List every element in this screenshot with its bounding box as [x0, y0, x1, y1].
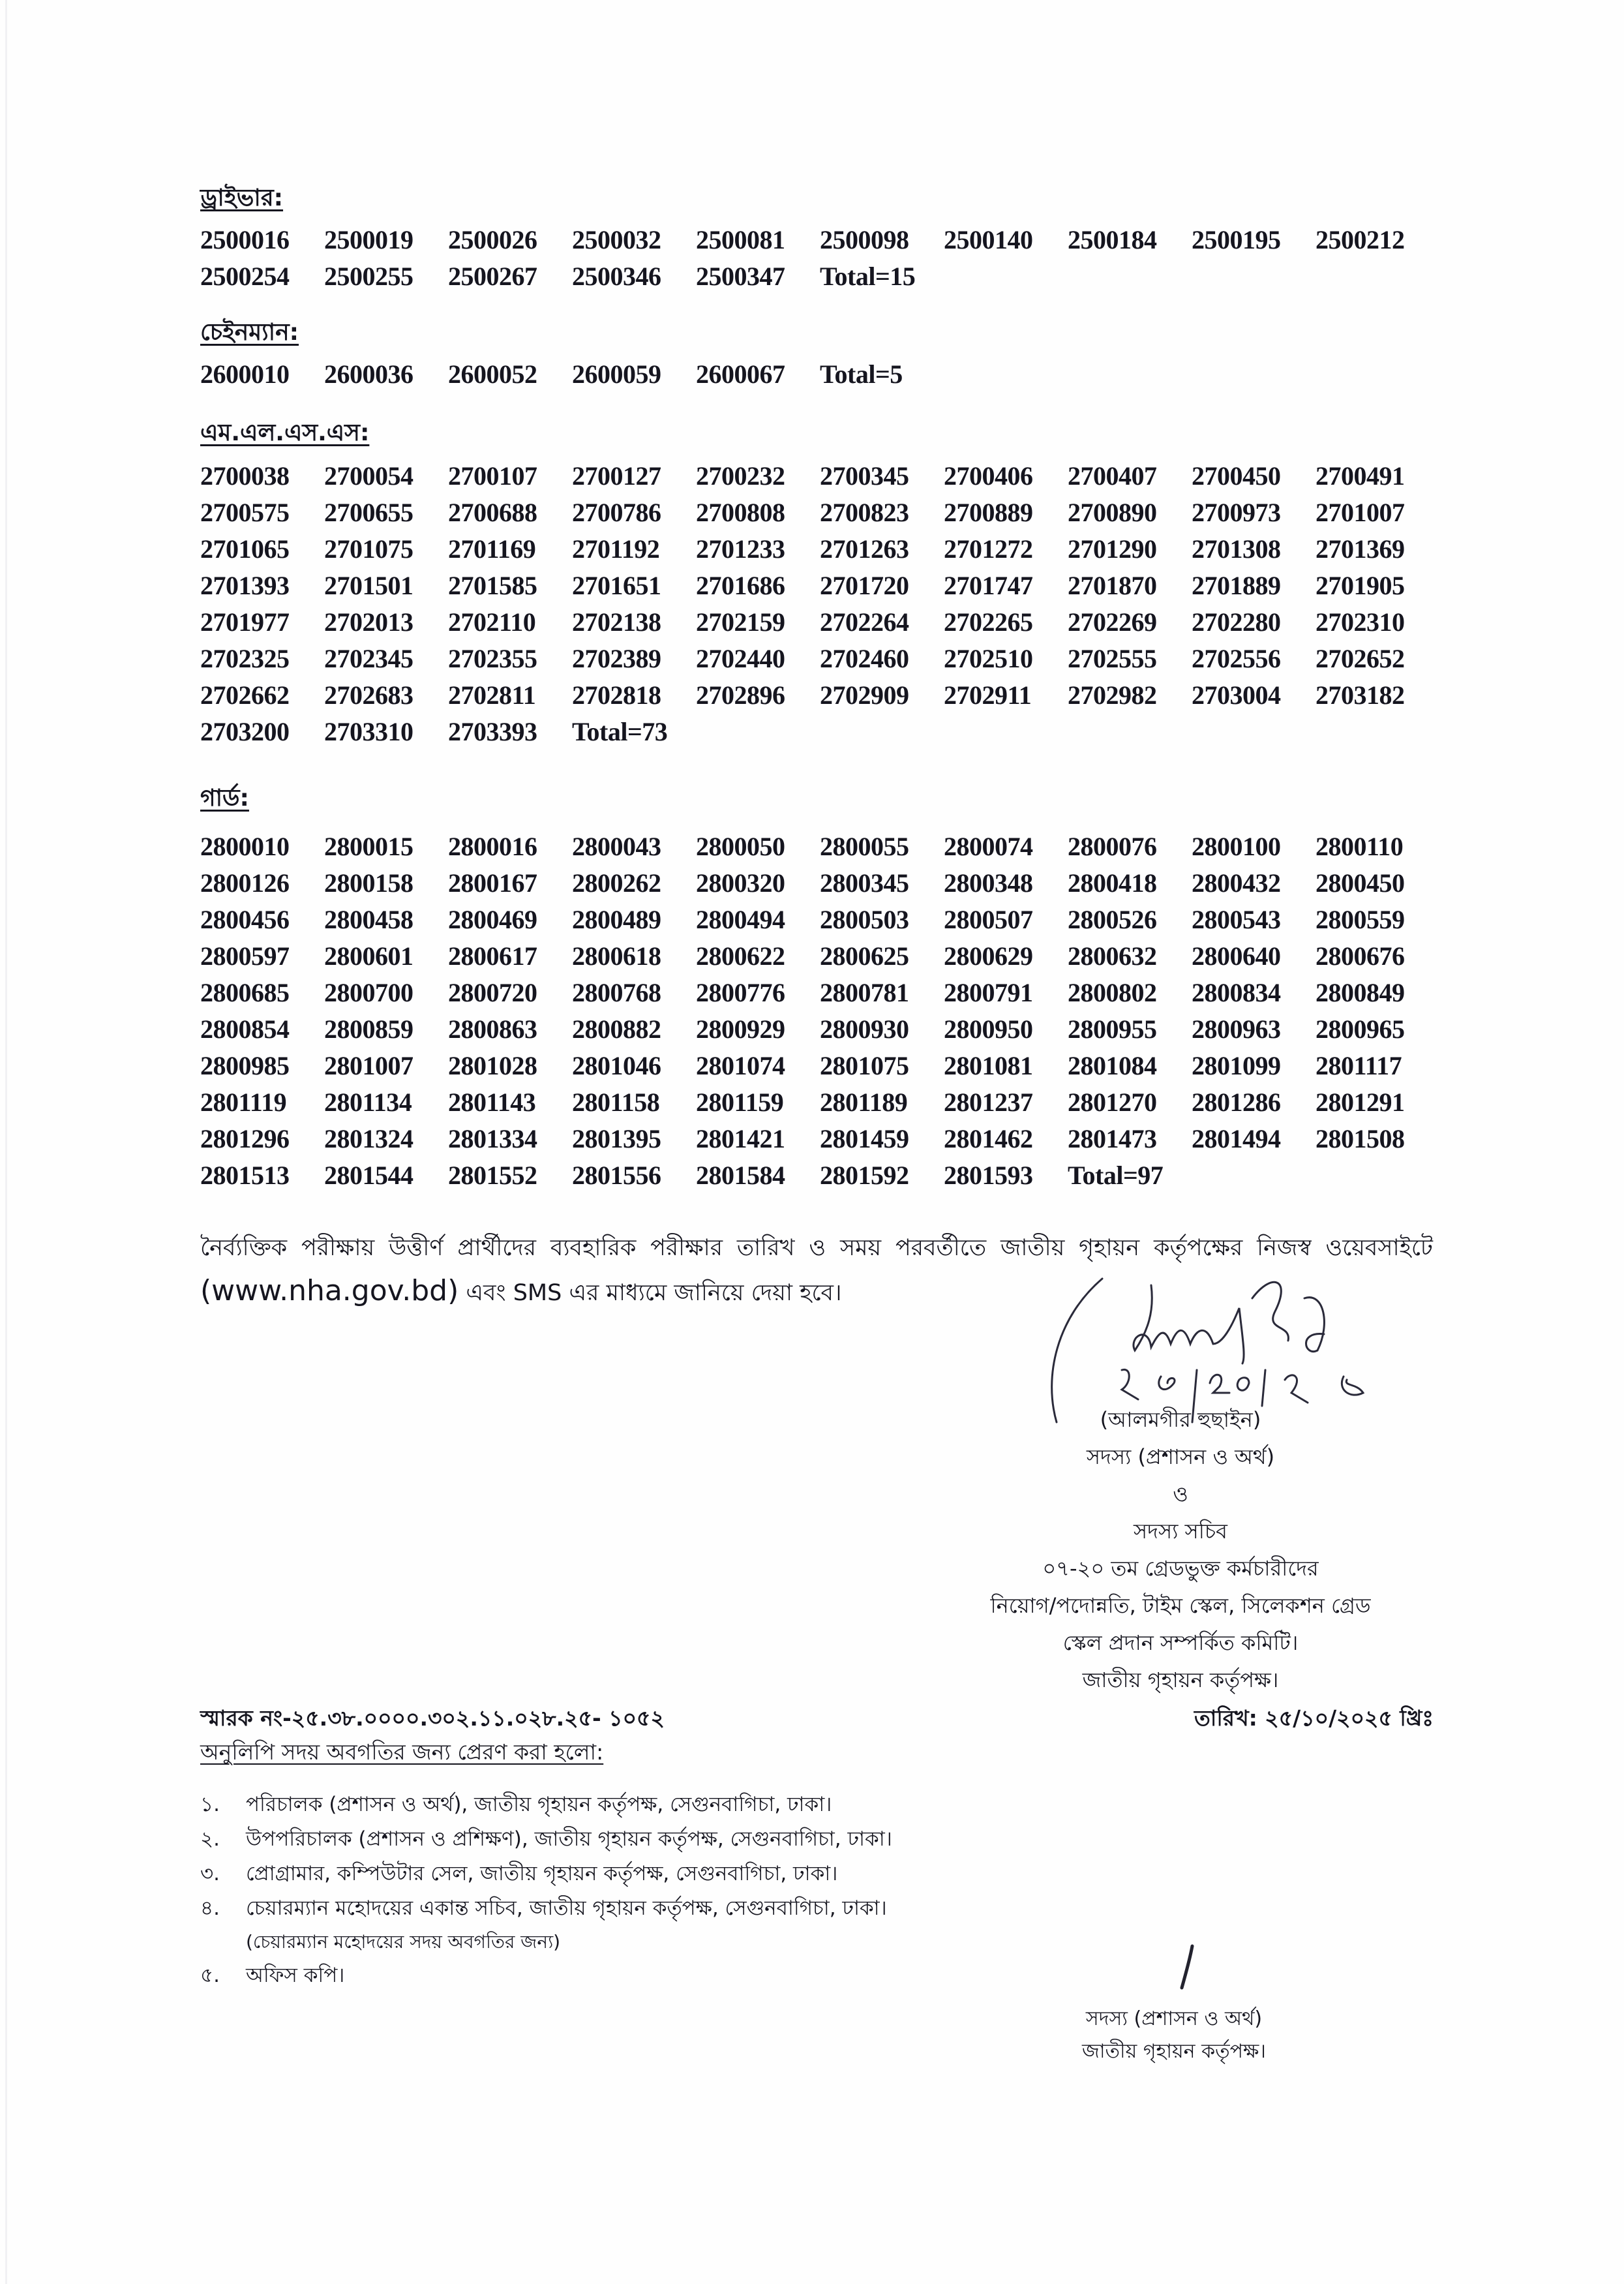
- roll-number: 2701585: [448, 568, 572, 604]
- roll-number: 2800791: [944, 975, 1068, 1011]
- roll-number: 2800055: [820, 829, 944, 865]
- roll-number: 2800685: [200, 975, 324, 1011]
- copy-to-item-number: ৩.: [200, 1857, 246, 1891]
- roll-number: 2801296: [200, 1121, 324, 1157]
- roll-number: 2600067: [696, 356, 820, 393]
- roll-number: 2700786: [572, 495, 696, 531]
- roll-grid-mlss: 2700038270005427001072700127270023227003…: [200, 458, 1439, 750]
- roll-number: 2800781: [820, 975, 944, 1011]
- signatory-line: সদস্য সচিব: [926, 1513, 1435, 1550]
- roll-number: 2801159: [696, 1084, 820, 1121]
- section-title-chainman: চেইনম্যান:: [200, 318, 299, 347]
- roll-number: 2701501: [324, 568, 448, 604]
- roll-number: 2800126: [200, 865, 324, 902]
- roll-number: 2500098: [820, 222, 944, 258]
- copy-to-item: ৫.অফিস কপি।: [200, 1958, 1048, 1993]
- copy-to-item-number: ৫.: [200, 1958, 246, 1993]
- roll-number: 2500347: [696, 258, 820, 295]
- roll-number: 2701720: [820, 568, 944, 604]
- section-total: Total=73: [572, 714, 696, 750]
- roll-number: 2702818: [572, 677, 696, 714]
- roll-number: 2800882: [572, 1011, 696, 1048]
- roll-number: 2701075: [324, 531, 448, 568]
- roll-number: 2800074: [944, 829, 1068, 865]
- roll-number: 2800965: [1316, 1011, 1439, 1048]
- roll-number: 2800489: [572, 902, 696, 938]
- roll-number: 2700688: [448, 495, 572, 531]
- roll-number: 2500346: [572, 258, 696, 295]
- roll-number: 2500032: [572, 222, 696, 258]
- roll-number: 2800597: [200, 938, 324, 975]
- copy-to-item: ৪.চেয়ারম্যান মহোদয়ের একান্ত সচিব, জাতী…: [200, 1891, 1048, 1958]
- document-page: ড্রাইভার: 250001625000192500026250003225…: [0, 0, 1624, 2284]
- roll-number: 2500254: [200, 258, 324, 295]
- roll-number: 2800494: [696, 902, 820, 938]
- roll-number: 2800559: [1316, 902, 1439, 938]
- roll-number: 2800100: [1192, 829, 1316, 865]
- roll-number: 2801119: [200, 1084, 324, 1121]
- signatory-name: (আলমগীর হুছাইন): [926, 1401, 1435, 1439]
- roll-number: 2600036: [324, 356, 448, 393]
- roll-number: 2800720: [448, 975, 572, 1011]
- roll-number: 2702683: [324, 677, 448, 714]
- roll-number: 2701192: [572, 531, 696, 568]
- roll-number: 2701369: [1316, 531, 1439, 568]
- roll-number: 2801158: [572, 1084, 696, 1121]
- copy-to-item-text: প্রোগ্রামার, কম্পিউটার সেল, জাতীয় গৃহায…: [246, 1857, 837, 1891]
- roll-number: 2702555: [1068, 641, 1192, 677]
- roll-number: 2701007: [1316, 495, 1439, 531]
- roll-number: 2800618: [572, 938, 696, 975]
- roll-number: 2702510: [944, 641, 1068, 677]
- roll-number: 2700038: [200, 458, 324, 495]
- roll-grid-chainman: 26000102600036260005226000592600067Total…: [200, 356, 1439, 393]
- roll-number: 2801593: [944, 1157, 1068, 1194]
- roll-number: 2801508: [1316, 1121, 1439, 1157]
- roll-number: 2701393: [200, 568, 324, 604]
- copy-to-item-number: ৪.: [200, 1891, 246, 1958]
- roll-number: 2500081: [696, 222, 820, 258]
- copy-to-item-text: অফিস কপি।: [246, 1958, 344, 1993]
- initial-mark-icon: [1174, 1941, 1200, 1993]
- roll-number: 2801395: [572, 1121, 696, 1157]
- roll-number: 2702013: [324, 604, 448, 641]
- roll-number: 2800863: [448, 1011, 572, 1048]
- roll-number: 2700823: [820, 495, 944, 531]
- copy-to-item: ১.পরিচালক (প্রশাসন ও অর্থ), জাতীয় গৃহায…: [200, 1788, 1048, 1822]
- roll-number: 2800110: [1316, 829, 1439, 865]
- signatory-line: নিয়োগ/পদোন্নতি, টাইম স্কেল, সিলেকশন গ্র…: [926, 1587, 1435, 1624]
- roll-number: 2702652: [1316, 641, 1439, 677]
- section-title-guard: গার্ড:: [200, 784, 249, 813]
- roll-number: 2701977: [200, 604, 324, 641]
- roll-number: 2700808: [696, 495, 820, 531]
- roll-number: 2800929: [696, 1011, 820, 1048]
- roll-grid-guard: 2800010280001528000162800043280005028000…: [200, 829, 1439, 1194]
- roll-number: 2700345: [820, 458, 944, 495]
- section-total: Total=97: [1068, 1157, 1192, 1194]
- roll-number: 2800768: [572, 975, 696, 1011]
- roll-number: 2800043: [572, 829, 696, 865]
- signatory-line: সদস্য (প্রশাসন ও অর্থ): [926, 1439, 1435, 1476]
- roll-number: 2800167: [448, 865, 572, 902]
- roll-number: 2800640: [1192, 938, 1316, 975]
- roll-number: 2801046: [572, 1048, 696, 1084]
- roll-number: 2702280: [1192, 604, 1316, 641]
- roll-number: 2800955: [1068, 1011, 1192, 1048]
- roll-number: 2701233: [696, 531, 820, 568]
- roll-number: 2800854: [200, 1011, 324, 1048]
- copy-to-item-text: পরিচালক (প্রশাসন ও অর্থ), জাতীয় গৃহায়ন…: [246, 1788, 832, 1822]
- roll-number: 2801270: [1068, 1084, 1192, 1121]
- roll-number: 2801075: [820, 1048, 944, 1084]
- roll-number: 2500267: [448, 258, 572, 295]
- roll-number: 2702310: [1316, 604, 1439, 641]
- roll-number: 2702440: [696, 641, 820, 677]
- roll-number: 2801099: [1192, 1048, 1316, 1084]
- roll-number: 2500016: [200, 222, 324, 258]
- roll-number: 2801462: [944, 1121, 1068, 1157]
- signatory-line: জাতীয় গৃহায়ন কর্তৃপক্ষ।: [926, 1662, 1435, 1699]
- roll-number: 2500140: [944, 222, 1068, 258]
- roll-number: 2701308: [1192, 531, 1316, 568]
- section-title-driver: ড্রাইভার:: [200, 184, 283, 213]
- roll-number: 2700406: [944, 458, 1068, 495]
- roll-number: 2702355: [448, 641, 572, 677]
- roll-number: 2801134: [324, 1084, 448, 1121]
- roll-number: 2600052: [448, 356, 572, 393]
- roll-number: 2801189: [820, 1084, 944, 1121]
- copy-to-item-text: উপপরিচালক (প্রশাসন ও প্রশিক্ষণ), জাতীয় …: [246, 1822, 892, 1857]
- roll-number: 2800016: [448, 829, 572, 865]
- copy-to-item-number: ১.: [200, 1788, 246, 1822]
- roll-number: 2800629: [944, 938, 1068, 975]
- roll-number: 2500184: [1068, 222, 1192, 258]
- roll-number: 2800076: [1068, 829, 1192, 865]
- roll-number: 2700407: [1068, 458, 1192, 495]
- roll-number: 2800930: [820, 1011, 944, 1048]
- roll-number: 2703310: [324, 714, 448, 750]
- roll-number: 2800700: [324, 975, 448, 1011]
- roll-number: 2801028: [448, 1048, 572, 1084]
- copy-to-list: ১.পরিচালক (প্রশাসন ও অর্থ), জাতীয় গৃহায…: [200, 1788, 1048, 1993]
- roll-number: 2701747: [944, 568, 1068, 604]
- roll-number: 2800963: [1192, 1011, 1316, 1048]
- section-total: Total=15: [820, 258, 944, 295]
- roll-number: 2800617: [448, 938, 572, 975]
- roll-number: 2700450: [1192, 458, 1316, 495]
- roll-number: 2800010: [200, 829, 324, 865]
- roll-number: 2700973: [1192, 495, 1316, 531]
- roll-number: 2703182: [1316, 677, 1439, 714]
- signatory-line: ও: [926, 1476, 1435, 1513]
- roll-number: 2702911: [944, 677, 1068, 714]
- roll-number: 2700054: [324, 458, 448, 495]
- footer-signatory: সদস্য (প্রশাসন ও অর্থ) জাতীয় গৃহায়ন কর…: [1017, 2003, 1331, 2068]
- roll-number: 2800802: [1068, 975, 1192, 1011]
- roll-number: 2800469: [448, 902, 572, 938]
- roll-number: 2703004: [1192, 677, 1316, 714]
- section-total: Total=5: [820, 356, 944, 393]
- roll-number: 2800450: [1316, 865, 1439, 902]
- roll-number: 2702325: [200, 641, 324, 677]
- roll-number: 2600010: [200, 356, 324, 393]
- copy-to-item-text: চেয়ারম্যান মহোদয়ের একান্ত সচিব, জাতীয়…: [246, 1891, 887, 1958]
- roll-number: 2800456: [200, 902, 324, 938]
- notice-text: নৈর্ব্যক্তিক পরীক্ষায় উত্তীর্ণ প্রার্থী…: [200, 1235, 1433, 1261]
- roll-number: 2800543: [1192, 902, 1316, 938]
- roll-number: 2800776: [696, 975, 820, 1011]
- roll-number: 2700107: [448, 458, 572, 495]
- roll-number: 2500195: [1192, 222, 1316, 258]
- roll-number: 2800985: [200, 1048, 324, 1084]
- roll-number: 2800262: [572, 865, 696, 902]
- roll-number: 2701651: [572, 568, 696, 604]
- roll-number: 2700889: [944, 495, 1068, 531]
- roll-number: 2500255: [324, 258, 448, 295]
- roll-number: 2700491: [1316, 458, 1439, 495]
- roll-number: 2702138: [572, 604, 696, 641]
- copy-to-item-note: (চেয়ারম্যান মহোদয়ের সদয় অবগতির জন্য): [246, 1926, 887, 1958]
- website-link[interactable]: (www.nha.gov.bd): [200, 1274, 459, 1307]
- roll-number: 2702345: [324, 641, 448, 677]
- roll-number: 2800601: [324, 938, 448, 975]
- roll-number: 2703393: [448, 714, 572, 750]
- roll-number: 2701889: [1192, 568, 1316, 604]
- roll-number: 2702982: [1068, 677, 1192, 714]
- roll-number: 2701065: [200, 531, 324, 568]
- roll-number: 2701905: [1316, 568, 1439, 604]
- roll-number: 2801556: [572, 1157, 696, 1194]
- roll-number: 2500212: [1316, 222, 1439, 258]
- memo-date: তারিখ: ২৫/১০/২০২৫ খ্রিঃ: [1194, 1701, 1434, 1738]
- roll-number: 2800503: [820, 902, 944, 938]
- roll-number: 2801291: [1316, 1084, 1439, 1121]
- roll-number: 2800458: [324, 902, 448, 938]
- roll-number: 2600059: [572, 356, 696, 393]
- roll-number: 2800859: [324, 1011, 448, 1048]
- copy-to-heading: অনুলিপি সদয় অবগতির জন্য প্রেরণ করা হলো:: [200, 1735, 603, 1772]
- roll-grid-driver: 2500016250001925000262500032250008125000…: [200, 222, 1439, 295]
- roll-number: 2800676: [1316, 938, 1439, 975]
- notice-text-end: এবং SMS এর মাধ্যমে জানিয়ে দেয়া হবে।: [459, 1280, 841, 1306]
- roll-number: 2702556: [1192, 641, 1316, 677]
- roll-number: 2800507: [944, 902, 1068, 938]
- roll-number: 2700127: [572, 458, 696, 495]
- roll-number: 2800950: [944, 1011, 1068, 1048]
- roll-number: 2801513: [200, 1157, 324, 1194]
- roll-number: 2801552: [448, 1157, 572, 1194]
- roll-number: 2801544: [324, 1157, 448, 1194]
- roll-number: 2700232: [696, 458, 820, 495]
- roll-number: 2801592: [820, 1157, 944, 1194]
- roll-number: 2801286: [1192, 1084, 1316, 1121]
- roll-number: 2801324: [324, 1121, 448, 1157]
- roll-number: 2801081: [944, 1048, 1068, 1084]
- roll-number: 2801459: [820, 1121, 944, 1157]
- roll-number: 2702159: [696, 604, 820, 641]
- roll-number: 2800834: [1192, 975, 1316, 1011]
- section-title-mlss: এম.এল.এস.এস:: [200, 419, 369, 448]
- roll-number: 2801473: [1068, 1121, 1192, 1157]
- copy-to-item-number: ২.: [200, 1822, 246, 1857]
- roll-number: 2702811: [448, 677, 572, 714]
- scan-edge: [5, 0, 7, 2284]
- roll-number: 2801494: [1192, 1121, 1316, 1157]
- roll-number: 2801007: [324, 1048, 448, 1084]
- roll-number: 2801117: [1316, 1048, 1439, 1084]
- roll-number: 2801237: [944, 1084, 1068, 1121]
- roll-number: 2702269: [1068, 604, 1192, 641]
- copy-to-item: ৩.প্রোগ্রামার, কম্পিউটার সেল, জাতীয় গৃহ…: [200, 1857, 1048, 1891]
- roll-number: 2800625: [820, 938, 944, 975]
- roll-number: 2703200: [200, 714, 324, 750]
- roll-number: 2800348: [944, 865, 1068, 902]
- roll-number: 2701290: [1068, 531, 1192, 568]
- roll-number: 2800849: [1316, 975, 1439, 1011]
- roll-number: 2801584: [696, 1157, 820, 1194]
- roll-number: 2801143: [448, 1084, 572, 1121]
- roll-number: 2800632: [1068, 938, 1192, 975]
- roll-number: 2702460: [820, 641, 944, 677]
- roll-number: 2500026: [448, 222, 572, 258]
- roll-number: 2702909: [820, 677, 944, 714]
- signatory-line: স্কেল প্রদান সম্পর্কিত কমিটি।: [926, 1624, 1435, 1662]
- footer-signatory-line: সদস্য (প্রশাসন ও অর্থ): [1017, 2003, 1331, 2035]
- roll-number: 2800015: [324, 829, 448, 865]
- roll-number: 2701870: [1068, 568, 1192, 604]
- roll-number: 2701169: [448, 531, 572, 568]
- roll-number: 2700655: [324, 495, 448, 531]
- roll-number: 2702389: [572, 641, 696, 677]
- roll-number: 2702110: [448, 604, 572, 641]
- roll-number: 2801421: [696, 1121, 820, 1157]
- roll-number: 2500019: [324, 222, 448, 258]
- roll-number: 2700890: [1068, 495, 1192, 531]
- roll-number: 2701686: [696, 568, 820, 604]
- footer-signatory-line: জাতীয় গৃহায়ন কর্তৃপক্ষ।: [1017, 2035, 1331, 2068]
- roll-number: 2800418: [1068, 865, 1192, 902]
- roll-number: 2800432: [1192, 865, 1316, 902]
- roll-number: 2800526: [1068, 902, 1192, 938]
- roll-number: 2702896: [696, 677, 820, 714]
- memo-reference-number: স্মারক নং-২৫.৩৮.০০০০.৩০২.১১.০২৮.২৫- ১০৫২: [200, 1701, 665, 1738]
- roll-number: 2701272: [944, 531, 1068, 568]
- signatory-block: (আলমগীর হুছাইন) সদস্য (প্রশাসন ও অর্থ) ও…: [926, 1401, 1435, 1699]
- roll-number: 2800622: [696, 938, 820, 975]
- roll-number: 2800158: [324, 865, 448, 902]
- roll-number: 2801334: [448, 1121, 572, 1157]
- copy-to-item: ২.উপপরিচালক (প্রশাসন ও প্রশিক্ষণ), জাতীয…: [200, 1822, 1048, 1857]
- roll-number: 2801074: [696, 1048, 820, 1084]
- roll-number: 2800345: [820, 865, 944, 902]
- roll-number: 2702265: [944, 604, 1068, 641]
- roll-number: 2801084: [1068, 1048, 1192, 1084]
- roll-number: 2800320: [696, 865, 820, 902]
- roll-number: 2800050: [696, 829, 820, 865]
- roll-number: 2701263: [820, 531, 944, 568]
- roll-number: 2702662: [200, 677, 324, 714]
- roll-number: 2700575: [200, 495, 324, 531]
- roll-number: 2702264: [820, 604, 944, 641]
- signatory-line: ০৭-২০ তম গ্রেডভুক্ত কর্মচারীদের: [926, 1550, 1435, 1587]
